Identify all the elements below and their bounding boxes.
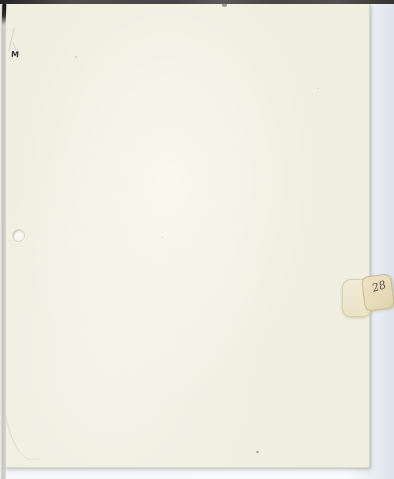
scanner-edge-top (0, 0, 394, 4)
hole-punch (12, 229, 25, 242)
paper-speck (75, 56, 77, 58)
handwritten-margin-mark: M (11, 51, 20, 60)
paper-speck (317, 88, 319, 89)
ink-blob-mark (2, 4, 7, 25)
binding-edge-left (0, 0, 6, 479)
paper-speck (256, 451, 259, 453)
blank-page (4, 4, 370, 468)
scanned-page-container: M 28 (0, 0, 394, 479)
scanner-edge-notch (222, 4, 227, 7)
paper-speck (162, 237, 163, 238)
